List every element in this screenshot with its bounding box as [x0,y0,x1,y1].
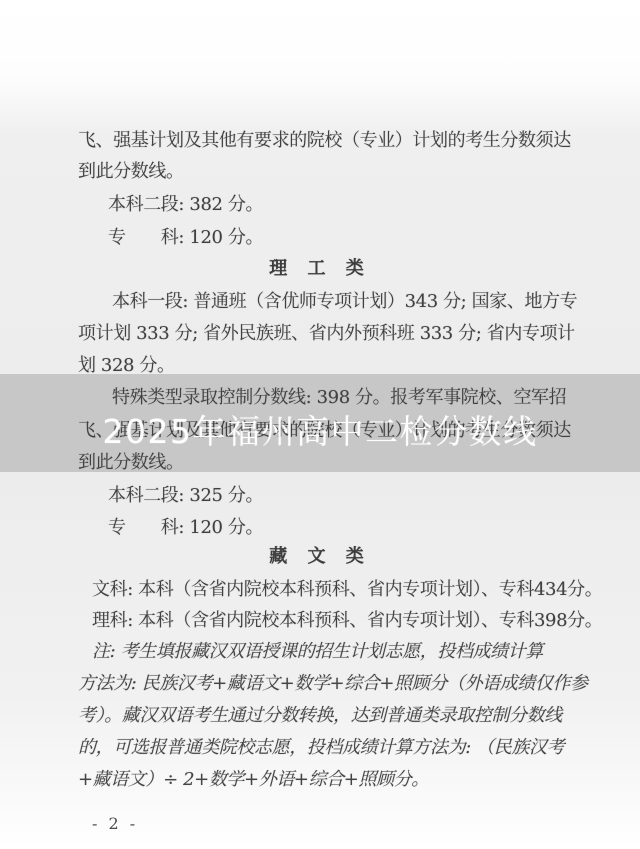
note-line: +藏语文）÷ 2+数学+外语+综合+照顾分。 [78,769,429,791]
text-line: 划 328 分。 [78,355,175,377]
note-line: 注: 考生填报藏汉双语授课的招生计划志愿，投档成绩计算 [92,641,543,663]
score-line-benke-erduan: 本科二段: 325 分。 [108,485,263,507]
watermark-text: 2025年福州高中二检分数线 [0,406,640,453]
score-line-benke-erduan: 本科二段: 382 分。 [108,194,263,216]
text-line: 项计划 333 分; 省外民族班、省内外预科班 333 分; 省内专项计 [78,323,575,345]
section-heading-tibetan: 藏 文 类 [0,546,640,568]
note-line: 的，可选报普通类院校志愿，投档成绩计算方法为: （民族汉考 [78,737,564,759]
text-line: 到此分数线。 [78,161,184,183]
score-line-zhuanke: 专 科: 120 分。 [108,227,263,249]
text-line: 飞、强基计划及其他有要求的院校（专业）计划的考生分数须达 [78,130,571,152]
note-line: 方法为: 民族汉考+藏语文+数学+综合+照顾分（外语成绩仅作参 [78,673,588,695]
score-line-wenke: 文科: 本科（含省内院校本科预科、省内专项计划）、专科434分。 [92,579,602,601]
score-line-like: 理科: 本科（含省内院校本科预科、省内专项计划）、专科398分。 [92,610,602,632]
note-line: 考）。藏汉双语考生通过分数转换，达到普通类录取控制分数线 [78,705,562,727]
page-number: - 2 - [92,814,138,833]
text-line: 到此分数线。 [78,452,184,474]
score-line-zhuanke: 专 科: 120 分。 [108,517,263,539]
text-line: 本科一段: 普通班（含优师专项计划）343 分; 国家、地方专 [112,291,577,313]
section-heading-science: 理 工 类 [0,258,640,280]
scanned-document-page: 飞、强基计划及其他有要求的院校（专业）计划的考生分数须达 到此分数线。 本科二段… [0,0,640,849]
